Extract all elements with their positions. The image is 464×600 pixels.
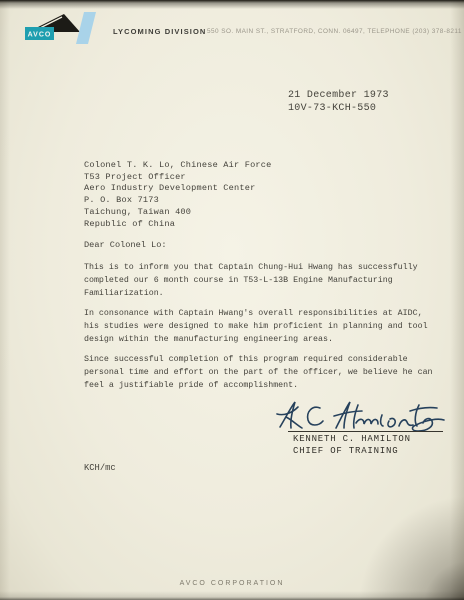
- reference-initials: KCH/mc: [84, 463, 116, 473]
- recipient-line: Aero Industry Development Center: [84, 183, 272, 195]
- signer-name: KENNETH C. HAMILTON: [293, 434, 411, 444]
- letter-date: 21 December 1973: [288, 90, 389, 103]
- recipient-line: P. O. Box 7173: [84, 195, 272, 207]
- signature-rule: [288, 431, 443, 432]
- recipient-address: Colonel T. K. Lo, Chinese Air Force T53 …: [84, 160, 272, 230]
- recipient-line: Republic of China: [84, 219, 272, 231]
- signer-title: CHIEF OF TRAINING: [293, 446, 398, 456]
- letter-document: AVCO LYCOMING DIVISION 550 SO. MAIN ST.,…: [0, 0, 464, 600]
- recipient-line: Taichung, Taiwan 400: [84, 207, 272, 219]
- letter-reference-number: 10V-73-KCH-550: [288, 103, 389, 116]
- recipient-line: T53 Project Officer: [84, 172, 272, 184]
- division-name: LYCOMING DIVISION: [113, 27, 206, 36]
- avco-logo-text: AVCO: [28, 32, 52, 39]
- body-paragraph: This is to inform you that Captain Chung…: [84, 261, 435, 300]
- recipient-line: Colonel T. K. Lo, Chinese Air Force: [84, 160, 272, 172]
- letterhead-address: 550 SO. MAIN ST., STRATFORD, CONN. 06497…: [207, 28, 462, 35]
- letter-body: This is to inform you that Captain Chung…: [84, 261, 435, 399]
- footer-company-name: AVCO CORPORATION: [0, 580, 464, 587]
- date-block: 21 December 1973 10V-73-KCH-550: [288, 90, 389, 115]
- handwritten-signature: [274, 399, 446, 433]
- salutation: Dear Colonel Lo:: [84, 240, 167, 250]
- body-paragraph: Since successful completion of this prog…: [84, 353, 435, 392]
- body-paragraph: In consonance with Captain Hwang's overa…: [84, 307, 435, 346]
